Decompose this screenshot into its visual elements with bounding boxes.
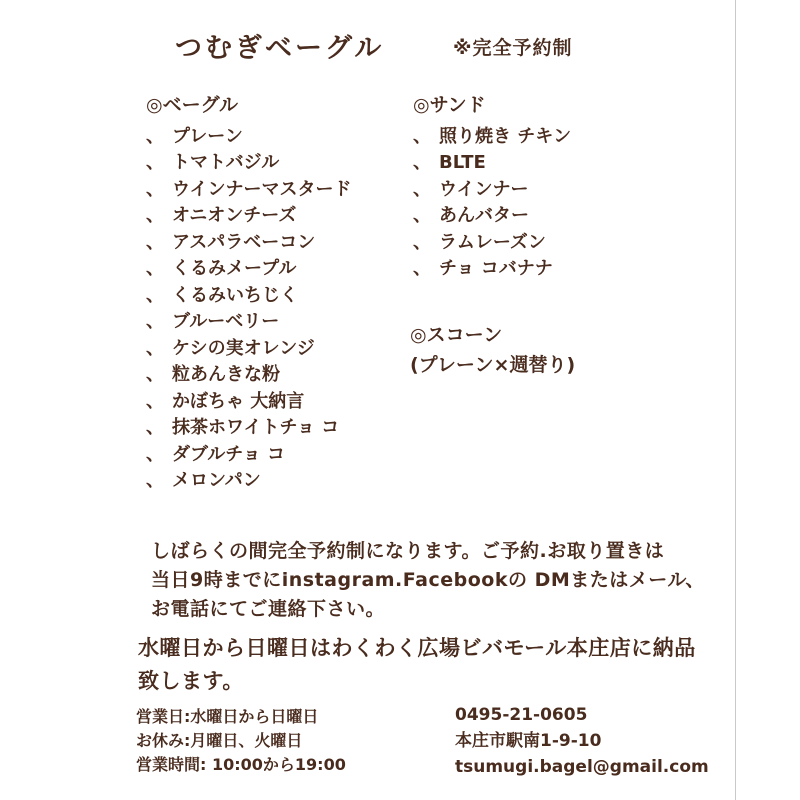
reservation-notice: しばらくの間完全予約制になります。ご予約.お取り置きは 当日9時までにinsta…: [151, 537, 705, 624]
item-bullet: 、: [146, 177, 172, 204]
item-label: BLTE: [439, 152, 486, 173]
bagel-section-header: ◎ベーグル: [146, 92, 351, 119]
menu-item: 、かぼちゃ 大納言: [146, 389, 351, 416]
menu-item: 、照り焼き チキン: [413, 124, 571, 151]
item-label: チョ コバナナ: [439, 258, 553, 279]
sandwich-item-list: 、照り焼き チキン、BLTE、ウインナー、あんバター、ラムレーズン、チョ コバナ…: [413, 124, 571, 283]
menu-item: 、ブルーベリー: [146, 309, 351, 336]
address: 本庄市駅南1-9-10: [455, 728, 709, 754]
scone-section-header: ◎スコーン: [410, 320, 575, 350]
menu-item: 、ラムレーズン: [413, 230, 571, 257]
menu-item: 、ケシの実オレンジ: [146, 336, 351, 363]
item-bullet: 、: [413, 203, 439, 230]
item-label: アスパラベーコン: [172, 232, 315, 253]
reservation-notice-line: しばらくの間完全予約制になります。ご予約.お取り置きは: [151, 537, 705, 566]
bagel-item-list: 、プレーン、トマトバジル、ウインナーマスタード、オニオンチーズ、アスパラベーコン…: [146, 124, 351, 495]
menu-item: 、ウインナー: [413, 177, 571, 204]
item-bullet: 、: [413, 256, 439, 283]
delivery-notice: 水曜日から日曜日はわくわく広場ビバモール本庄店に納品 致します。: [138, 632, 696, 698]
shop-title: つむぎベーグル: [175, 26, 384, 65]
item-label: ウインナーマスタード: [172, 179, 351, 200]
item-bullet: 、: [413, 124, 439, 151]
item-label: 照り焼き チキン: [439, 126, 571, 147]
email-address: tsumugi.bagel@gmail.com: [455, 754, 709, 780]
holidays: お休み:月曜日、火曜日: [136, 729, 346, 753]
item-bullet: 、: [146, 230, 172, 257]
item-label: トマトバジル: [172, 152, 279, 173]
item-label: ラムレーズン: [439, 232, 546, 253]
item-bullet: 、: [146, 309, 172, 336]
item-bullet: 、: [146, 468, 172, 495]
item-bullet: 、: [413, 230, 439, 257]
menu-item: 、メロンパン: [146, 468, 351, 495]
reservation-notice-line: お電話にてご連絡下さい。: [151, 595, 705, 624]
sandwich-menu-section: ◎サンド 、照り焼き チキン、BLTE、ウインナー、あんバター、ラムレーズン、チ…: [413, 92, 571, 283]
menu-item: 、BLTE: [413, 150, 571, 177]
item-label: オニオンチーズ: [172, 205, 296, 226]
item-label: くるみいちじく: [172, 285, 298, 306]
business-days: 営業日:水曜日から日曜日: [136, 705, 346, 729]
menu-item: 、アスパラベーコン: [146, 230, 351, 257]
menu-item: 、くるみメープル: [146, 256, 351, 283]
item-bullet: 、: [146, 203, 172, 230]
menu-item: 、トマトバジル: [146, 150, 351, 177]
item-bullet: 、: [146, 415, 172, 442]
item-bullet: 、: [146, 256, 172, 283]
contact-block: 0495-21-0605 本庄市駅南1-9-10 tsumugi.bagel@g…: [455, 702, 709, 780]
delivery-notice-line: 水曜日から日曜日はわくわく広場ビバモール本庄店に納品: [138, 632, 696, 665]
item-label: プレーン: [172, 126, 243, 147]
item-bullet: 、: [146, 283, 172, 310]
item-label: ウインナー: [439, 179, 528, 200]
item-bullet: 、: [146, 336, 172, 363]
item-bullet: 、: [146, 389, 172, 416]
item-label: 粒あんきな粉: [172, 364, 280, 385]
menu-item: 、くるみいちじく: [146, 283, 351, 310]
item-label: ダブルチョ コ: [172, 444, 285, 465]
reservation-note: ※完全予約制: [453, 33, 572, 60]
item-label: 抹茶ホワイトチョ コ: [172, 417, 339, 438]
page-edge-divider: [735, 0, 736, 800]
scone-section-subtitle: (プレーン×週替り): [410, 350, 575, 380]
item-label: かぼちゃ 大納言: [172, 391, 304, 412]
item-label: ケシの実オレンジ: [172, 338, 315, 359]
reservation-notice-line: 当日9時までにinstagram.Facebookの DMまたはメール、: [151, 566, 705, 595]
menu-item: 、あんバター: [413, 203, 571, 230]
item-label: くるみメープル: [172, 258, 296, 279]
item-label: メロンパン: [172, 470, 261, 491]
item-bullet: 、: [413, 177, 439, 204]
phone-number: 0495-21-0605: [455, 702, 709, 728]
item-bullet: 、: [413, 150, 439, 177]
menu-item: 、ウインナーマスタード: [146, 177, 351, 204]
item-bullet: 、: [146, 442, 172, 469]
menu-item: 、抹茶ホワイトチョ コ: [146, 415, 351, 442]
menu-item: 、プレーン: [146, 124, 351, 151]
item-bullet: 、: [146, 362, 172, 389]
menu-item: 、チョ コバナナ: [413, 256, 571, 283]
menu-item: 、ダブルチョ コ: [146, 442, 351, 469]
bagel-menu-section: ◎ベーグル 、プレーン、トマトバジル、ウインナーマスタード、オニオンチーズ、アス…: [146, 92, 351, 495]
item-label: ブルーベリー: [172, 311, 279, 332]
business-hours-block: 営業日:水曜日から日曜日 お休み:月曜日、火曜日 営業時間: 10:00から19…: [136, 705, 346, 777]
menu-item: 、オニオンチーズ: [146, 203, 351, 230]
flyer-sheet: つむぎベーグル ※完全予約制 ◎ベーグル 、プレーン、トマトバジル、ウインナーマ…: [0, 0, 800, 800]
opening-hours: 営業時間: 10:00から19:00: [136, 753, 346, 777]
item-label: あんバター: [439, 205, 529, 226]
delivery-notice-line: 致します。: [138, 665, 696, 698]
item-bullet: 、: [146, 150, 172, 177]
sandwich-section-header: ◎サンド: [413, 92, 571, 119]
menu-item: 、粒あんきな粉: [146, 362, 351, 389]
scone-menu-section: ◎スコーン (プレーン×週替り): [410, 320, 575, 380]
item-bullet: 、: [146, 124, 172, 151]
